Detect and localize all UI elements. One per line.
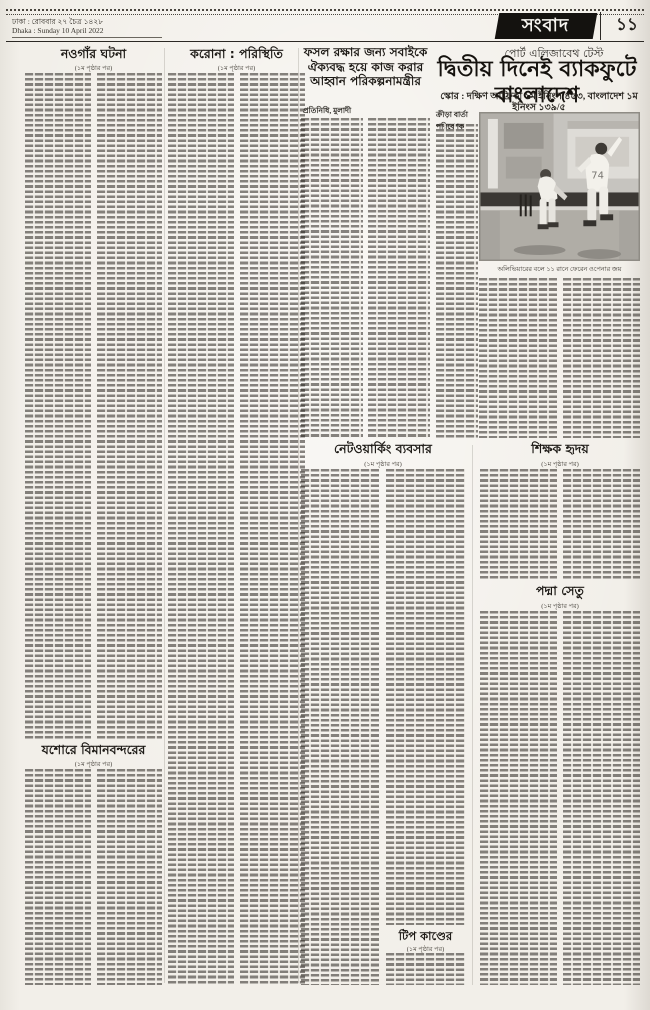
cricket-photo-art: 74 — [480, 113, 639, 260]
greeked-text-column — [301, 118, 363, 438]
masthead-title: সংবাদ — [522, 11, 569, 42]
section-title-padma: পদ্মা সেতু — [480, 584, 640, 598]
greeked-text-column — [479, 278, 557, 438]
jersey-number: 74 — [591, 171, 604, 182]
section-title-naogaon: নওগাঁর ঘটনা — [25, 47, 162, 61]
section-title-tip: টিপ কাণ্ডের — [386, 929, 465, 943]
article-body-padma — [480, 611, 640, 985]
masthead: সংবাদ — [495, 13, 598, 39]
dateline: ঢাকা : রোববার ২৭ চৈত্র ১৪২৮ Dhaka : Sund… — [12, 17, 162, 38]
greeked-text-column — [563, 611, 640, 985]
cricket-photo: 74 — [479, 112, 640, 261]
header-rule — [6, 41, 644, 42]
date-english: Dhaka : Sunday 10 April 2022 — [12, 26, 162, 38]
column-divider — [472, 445, 473, 985]
section-title-networking: নেটওয়ার্কিং ব্যবসার — [301, 442, 465, 456]
headline-fasal: ফসল রক্ষার জন্য সবাইকে ঐক্যবদ্ধ হয়ে কাজ… — [301, 45, 430, 89]
section-title-teacher: শিক্ষক হৃদয় — [480, 442, 640, 456]
greeked-text-column — [563, 278, 641, 438]
article-body-cricket-left — [436, 124, 478, 438]
greeked-text-column — [97, 769, 163, 985]
date-bengali: ঢাকা : রোববার ২৭ চৈত্র ১৪২৮ — [12, 17, 103, 26]
article-body-networking-right — [386, 469, 465, 925]
greeked-text-column — [386, 953, 465, 985]
byline-fasal: প্রতিনিধি, মুলাদী — [303, 106, 393, 118]
article-body-corona — [168, 73, 305, 985]
article-body-cricket — [479, 278, 640, 438]
section-title-corona: করোনা : পরিস্থিতি — [168, 47, 305, 61]
greeked-text-column — [240, 73, 306, 985]
section-title-jashore: যশোরে বিমানবন্দরের — [25, 743, 162, 757]
article-body-naogaon — [25, 73, 162, 739]
greeked-text-column — [480, 611, 557, 985]
greeked-text-column — [301, 469, 379, 985]
column-divider — [298, 48, 299, 983]
greeked-text-column — [25, 73, 91, 739]
article-body-fasal — [301, 118, 430, 438]
greeked-text-column — [368, 118, 430, 438]
greeked-text-column — [436, 124, 478, 438]
newspaper-page: ঢাকা : রোববার ২৭ চৈত্র ১৪২৮ Dhaka : Sund… — [0, 0, 650, 1010]
article-body-networking-left — [301, 469, 379, 985]
page-number: ১১ — [600, 12, 642, 40]
column-divider — [164, 48, 165, 983]
greeked-text-column — [480, 469, 557, 579]
article-body-jashore — [25, 769, 162, 985]
article-body-tip — [386, 953, 465, 985]
greeked-text-column — [168, 73, 234, 985]
article-body-teacher — [480, 469, 640, 579]
greeked-text-column — [386, 469, 465, 925]
greeked-text-column — [97, 73, 163, 739]
photo-caption: অলিভিয়ারের বলে ১১ রানে ফেরেন ওপেনার জয় — [479, 264, 640, 275]
greeked-text-column — [563, 469, 640, 579]
greeked-text-column — [25, 769, 91, 985]
